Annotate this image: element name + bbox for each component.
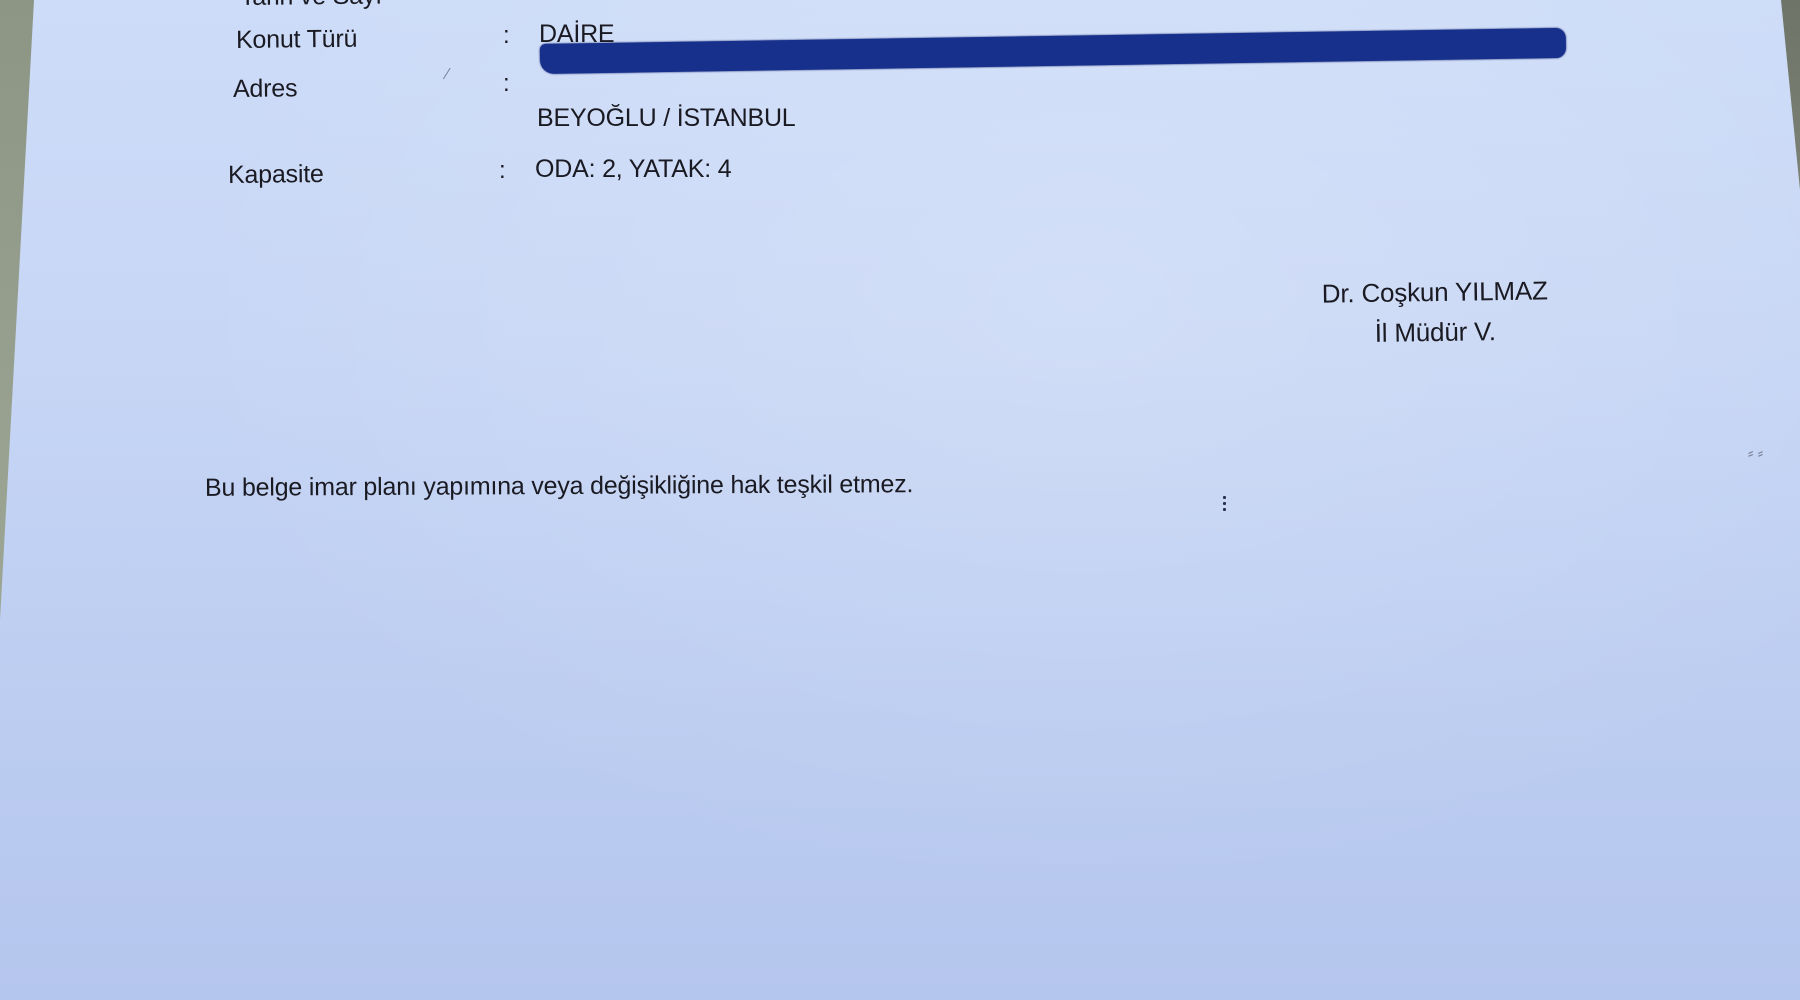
field-label-capacity: Kapasite: [228, 160, 324, 190]
signatory-name: Dr. Coşkun YILMAZ: [1289, 270, 1580, 314]
field-label-date-number: Tarih ve Sayı: [240, 0, 382, 12]
signature-block: Dr. Coşkun YILMAZ İl Müdür V.: [1289, 270, 1580, 354]
field-separator: :: [503, 22, 509, 50]
field-value-address-city: BEYOĞLU / İSTANBUL: [537, 104, 796, 133]
field-value-capacity: ODA: 2, YATAK: 4: [535, 155, 731, 184]
field-label-address: Adres: [233, 74, 298, 104]
signatory-title: İl Müdür V.: [1290, 310, 1581, 354]
pen-mark: ⁄: [446, 66, 449, 84]
field-label-housing-type: Konut Türü: [236, 25, 358, 55]
field-separator: :: [503, 70, 509, 98]
ink-dots: [1223, 496, 1227, 514]
footer-note: Bu belge imar planı yapımına veya değişi…: [205, 470, 913, 503]
field-separator: :: [499, 157, 505, 185]
paper-mark: ⸗ ⸗: [1748, 445, 1763, 463]
